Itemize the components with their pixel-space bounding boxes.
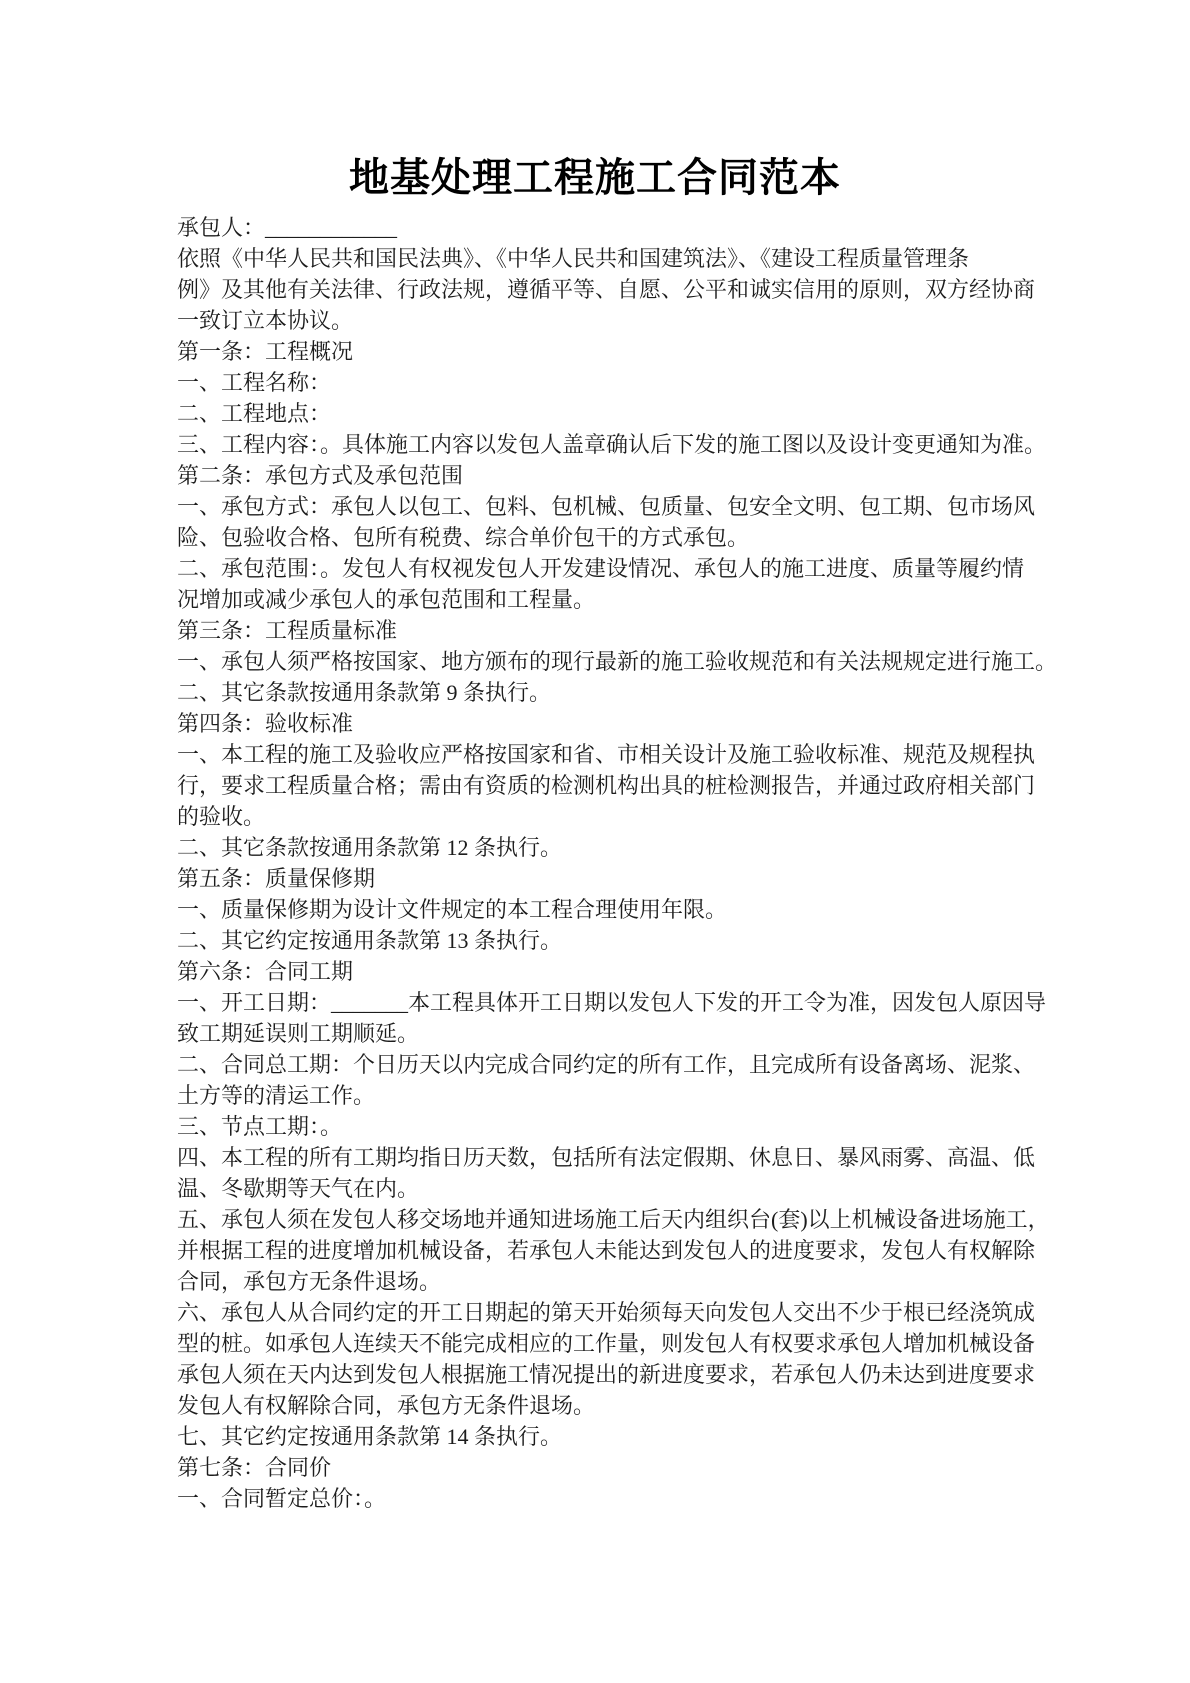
text-line: 致工期延误则工期顺延。 [177,1018,1082,1049]
text-line: 第七条：合同价 [177,1452,1082,1483]
text-line: 六、承包人从合同约定的开工日期起的第天开始须每天向发包人交出不少于根已经浇筑成 [177,1297,1082,1328]
text-line: 二、其它条款按通用条款第 9 条执行。 [177,677,1082,708]
text-line: 一、合同暂定总价：。 [177,1483,1082,1514]
text-line: 第三条：工程质量标准 [177,615,1082,646]
text-line: 的验收。 [177,801,1082,832]
text-line: 二、合同总工期：个日历天以内完成合同约定的所有工作，且完成所有设备离场、泥浆、 [177,1049,1082,1080]
text-line: 第六条：合同工期 [177,956,1082,987]
text-line: 险、包验收合格、包所有税费、综合单价包干的方式承包。 [177,522,1082,553]
text-line: 四、本工程的所有工期均指日历天数，包括所有法定假期、休息日、暴风雨雾、高温、低 [177,1142,1082,1173]
text-line: 三、节点工期：。 [177,1111,1082,1142]
text-line: 一、开工日期：_______本工程具体开工日期以发包人下发的开工令为准，因发包人… [177,987,1082,1018]
text-line: 例》及其他有关法律、行政法规，遵循平等、自愿、公平和诚实信用的原则，双方经协商 [177,274,1082,305]
text-line: 况增加或减少承包人的承包范围和工程量。 [177,584,1082,615]
text-line: 并根据工程的进度增加机械设备，若承包人未能达到发包人的进度要求，发包人有权解除 [177,1235,1082,1266]
text-line: 土方等的清运工作。 [177,1080,1082,1111]
document-title: 地基处理工程施工合同范本 [0,0,1190,204]
text-line: 一、本工程的施工及验收应严格按国家和省、市相关设计及施工验收标准、规范及规程执 [177,739,1082,770]
text-line: 二、承包范围：。发包人有权视发包人开发建设情况、承包人的施工进度、质量等履约情 [177,553,1082,584]
text-line: 行，要求工程质量合格；需由有资质的检测机构出具的桩检测报告，并通过政府相关部门 [177,770,1082,801]
text-line: 三、工程内容：。具体施工内容以发包人盖章确认后下发的施工图以及设计变更通知为准。 [177,429,1082,460]
text-line: 七、其它约定按通用条款第 14 条执行。 [177,1421,1082,1452]
text-line: 第一条：工程概况 [177,336,1082,367]
text-line: 依照《中华人民共和国民法典》、《中华人民共和国建筑法》、《建设工程质量管理条 [177,243,1082,274]
text-line: 第四条：验收标准 [177,708,1082,739]
text-line: 一、工程名称： [177,367,1082,398]
text-line: 第二条：承包方式及承包范围 [177,460,1082,491]
text-line: 一、质量保修期为设计文件规定的本工程合理使用年限。 [177,894,1082,925]
text-line: 一、承包人须严格按国家、地方颁布的现行最新的施工验收规范和有关法规规定进行施工。 [177,646,1082,677]
text-line: 合同，承包方无条件退场。 [177,1266,1082,1297]
document-page: 地基处理工程施工合同范本 承包人：____________依照《中华人民共和国民… [0,0,1190,1683]
text-line: 第五条：质量保修期 [177,863,1082,894]
text-line: 型的桩。如承包人连续天不能完成相应的工作量，则发包人有权要求承包人增加机械设备 [177,1328,1082,1359]
text-line: 二、工程地点： [177,398,1082,429]
text-line: 承包人须在天内达到发包人根据施工情况提出的新进度要求，若承包人仍未达到进度要求 [177,1359,1082,1390]
text-line: 发包人有权解除合同，承包方无条件退场。 [177,1390,1082,1421]
document-body: 承包人：____________依照《中华人民共和国民法典》、《中华人民共和国建… [177,212,1082,1514]
text-line: 二、其它条款按通用条款第 12 条执行。 [177,832,1082,863]
text-line: 一致订立本协议。 [177,305,1082,336]
text-line: 一、承包方式：承包人以包工、包料、包机械、包质量、包安全文明、包工期、包市场风 [177,491,1082,522]
text-line: 温、冬歇期等天气在内。 [177,1173,1082,1204]
text-line: 二、其它约定按通用条款第 13 条执行。 [177,925,1082,956]
text-line: 承包人：____________ [177,212,1082,243]
text-line: 五、承包人须在发包人移交场地并通知进场施工后天内组织台(套)以上机械设备进场施工… [177,1204,1082,1235]
